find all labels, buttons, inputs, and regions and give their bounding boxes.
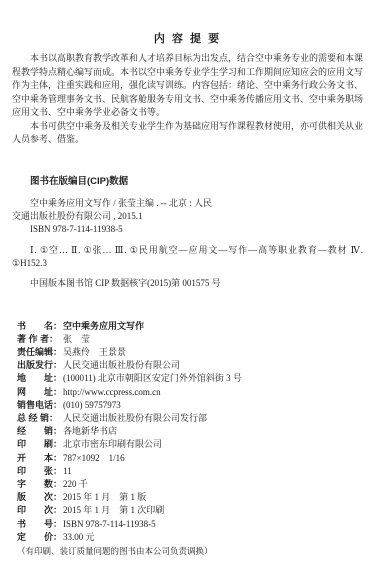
colophon-row-format: 开 本：787×1092 1/16 xyxy=(17,452,363,465)
colophon-label: 责任编辑： xyxy=(17,346,63,359)
content-summary-title: 内 容 提 要 xyxy=(12,30,363,46)
colophon-row-price: 定 价：33.00 元 xyxy=(17,531,363,544)
content-summary-paragraph-1: 本书以高职教育教学改革和人才培养目标为出发点，结合空中乘务专业的需要和本课程教学… xyxy=(12,52,363,120)
colophon-value: 220 千 xyxy=(63,479,88,489)
colophon-label: 开 本： xyxy=(17,452,63,465)
colophon-value: http://www.ccpress.com.cn xyxy=(63,387,161,397)
colophon-label: 印 刷： xyxy=(17,438,63,451)
cip-data-section: 图书在版编目(CIP)数据 空中乘务应用文写作 / 张莹主编 . -- 北京 :… xyxy=(12,173,363,290)
colophon-label: 网 址： xyxy=(17,386,63,399)
colophon-row-publisher: 出版发行：人民交通出版社股份有限公司 xyxy=(17,359,363,372)
colophon-label: 书 号： xyxy=(17,518,63,531)
cip-classification-line: Ⅰ. ①空… Ⅱ. ①张… Ⅲ. ①民用航空—应用文—写作—高等职业教育—教材 … xyxy=(12,244,363,270)
colophon-label: 印 次： xyxy=(17,504,63,517)
colophon-row-printed-sheets: 印 张：11 xyxy=(17,465,363,478)
colophon-value: 11 xyxy=(63,466,72,476)
colophon-value: 北京市密东印刷有限公司 xyxy=(63,439,162,449)
colophon-value: 787×1092 1/16 xyxy=(63,453,125,463)
quality-exchange-note: （有印刷、装订质量问题的图书由本公司负责调换） xyxy=(12,545,363,558)
colophon-section: 书 名：空中乘务应用文写作 著 作 者：张 莹 责任编辑：吴燕伶 王景景 出版发… xyxy=(12,320,363,544)
colophon-label: 书 名： xyxy=(17,320,63,333)
colophon-row-sales-phone: 销售电话：(010) 59757973 xyxy=(17,399,363,412)
colophon-label: 定 价： xyxy=(17,531,63,544)
colophon-value: (010) 59757973 xyxy=(63,400,121,410)
colophon-label: 出版发行： xyxy=(17,359,63,372)
content-summary-paragraph-2: 本书可供空中乘务及相关专业学生作为基础应用写作课程教材使用，亦可供相关从业人员参… xyxy=(12,120,363,147)
colophon-value: 33.00 元 xyxy=(63,532,95,542)
colophon-row-word-count: 字 数：220 千 xyxy=(17,478,363,491)
content-summary-section: 内 容 提 要 本书以高职教育教学改革和人才培养目标为出发点，结合空中乘务专业的… xyxy=(12,30,363,147)
colophon-value: 2015 年 1 月 第 1 版 xyxy=(63,492,146,502)
cip-isbn-line: ISBN 978-7-114-11938-5 xyxy=(12,223,363,236)
colophon-value: 空中乘务应用文写作 xyxy=(63,321,144,331)
colophon-label: 经 销： xyxy=(17,425,63,438)
colophon-row-edition: 版 次：2015 年 1 月 第 1 版 xyxy=(17,491,363,504)
colophon-row-address: 地 址：(100011) 北京市朝阳区安定门外外馆斜街 3 号 xyxy=(17,372,363,385)
colophon-row-book-title: 书 名：空中乘务应用文写作 xyxy=(17,320,363,333)
colophon-value: 吴燕伶 王景景 xyxy=(63,347,126,357)
colophon-row-editor: 责任编辑：吴燕伶 王景景 xyxy=(17,346,363,359)
colophon-label: 字 数： xyxy=(17,478,63,491)
colophon-label: 版 次： xyxy=(17,491,63,504)
colophon-label: 印 张： xyxy=(17,465,63,478)
colophon-value: ISBN 978-7-114-11938-5 xyxy=(63,519,156,529)
colophon-row-impression: 印 次：2015 年 1 月 第 1 次印刷 xyxy=(17,504,363,517)
book-copyright-page: 内 容 提 要 本书以高职教育教学改革和人才培养目标为出发点，结合空中乘务专业的… xyxy=(0,0,375,568)
colophon-value: 各地新华书店 xyxy=(63,426,117,436)
colophon-value: 人民交通出版社股份有限公司 xyxy=(63,360,180,370)
cip-record-number-line: 中国版本图书馆 CIP 数据核字(2015)第 001575 号 xyxy=(12,277,363,290)
colophon-row-author: 著 作 者：张 莹 xyxy=(17,333,363,346)
colophon-row-general-distributor: 总 经 销：人民交通出版社股份有限公司发行部 xyxy=(17,412,363,425)
colophon-row-distributor: 经 销：各地新华书店 xyxy=(17,425,363,438)
colophon-label: 著 作 者： xyxy=(17,333,63,346)
colophon-value: (100011) 北京市朝阳区安定门外外馆斜街 3 号 xyxy=(63,373,242,383)
colophon-value: 张 莹 xyxy=(63,334,90,344)
colophon-label: 总 经 销： xyxy=(17,412,63,425)
colophon-row-isbn: 书 号：ISBN 978-7-114-11938-5 xyxy=(17,518,363,531)
cip-title-line-1: 空中乘务应用文写作 / 张莹主编 . -- 北京 : 人民 xyxy=(12,197,363,210)
colophon-label: 销售电话： xyxy=(17,399,63,412)
colophon-value: 人民交通出版社股份有限公司发行部 xyxy=(63,413,207,423)
cip-heading: 图书在版编目(CIP)数据 xyxy=(12,173,363,187)
colophon-value: 2015 年 1 月 第 1 次印刷 xyxy=(63,505,164,515)
colophon-label: 地 址： xyxy=(17,372,63,385)
colophon-row-website: 网 址：http://www.ccpress.com.cn xyxy=(17,386,363,399)
colophon-row-printer: 印 刷：北京市密东印刷有限公司 xyxy=(17,438,363,451)
cip-title-line-2: 交通出版社股份有限公司 , 2015.1 xyxy=(12,210,363,223)
